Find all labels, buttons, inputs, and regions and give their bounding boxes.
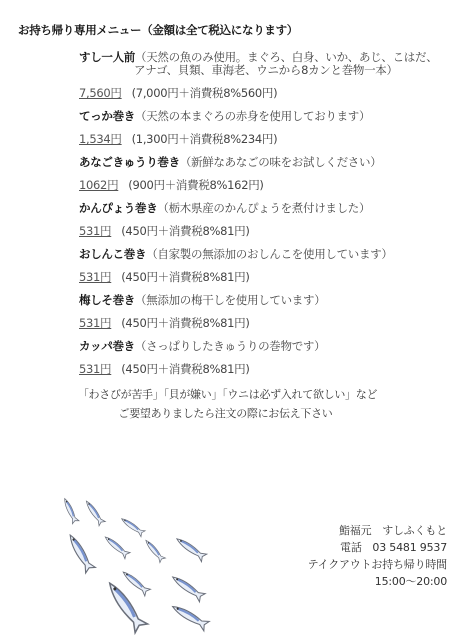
item-price: 1062円 — [79, 178, 118, 192]
menu-item: かんぴょう巻き（栃木県産のかんぴょうを煮付けました） 531円(450円＋消費税… — [79, 201, 459, 238]
item-price: 531円 — [79, 362, 111, 376]
shop-contact: 鮨福元 すしふくもと 電話 03 5481 9537 テイクアウトお持ち帰り時間… — [308, 522, 447, 590]
menu-item: 梅しそ巻き（無添加の梅干しを使用しています） 531円(450円＋消費税8%81… — [79, 293, 459, 330]
price-breakdown: (900円＋消費税8%162円) — [128, 178, 263, 192]
request-note: 「わさびが苦手」「貝が嫌い」「ウニは必ず入れて欲しい」など ご要望ありましたら注… — [0, 385, 461, 423]
page-title: お持ち帰り専用メニュー（金額は全て税込になります） — [18, 22, 298, 38]
item-description: （天然の魚のみ使用。まぐろ、白身、いか、あじ、こはだ、 — [135, 50, 437, 64]
item-name: すし一人前 — [79, 50, 135, 64]
fish-school-icon — [52, 490, 222, 640]
item-price: 531円 — [79, 270, 111, 284]
item-price: 531円 — [79, 316, 111, 330]
item-description-continued: アナゴ、貝類、車海老、ウニから8カンと巻物一本） — [79, 64, 459, 77]
takeout-hours-label: テイクアウトお持ち帰り時間 — [308, 556, 447, 573]
menu-list: すし一人前（天然の魚のみ使用。まぐろ、白身、いか、あじ、こはだ、 アナゴ、貝類、… — [79, 50, 459, 385]
price-breakdown: (450円＋消費税8%81円) — [121, 270, 249, 284]
takeout-hours: 15:00〜20:00 — [308, 573, 447, 590]
item-name: おしんこ巻き — [79, 247, 146, 261]
item-name: あなごきゅうり巻き — [79, 155, 180, 169]
price-breakdown: (7,000円＋消費税8%560円) — [132, 86, 278, 100]
price-breakdown: (450円＋消費税8%81円) — [121, 224, 249, 238]
item-name: てっか巻き — [79, 109, 135, 123]
item-price: 1,534円 — [79, 132, 122, 146]
item-description: （自家製の無添加のおしんこを使用しています） — [146, 247, 392, 261]
item-name: かんぴょう巻き — [79, 201, 157, 215]
shop-name: 鮨福元 すしふくもと — [308, 522, 447, 539]
menu-item: カッパ巻き（さっぱりしたきゅうりの巻物です） 531円(450円＋消費税8%81… — [79, 339, 459, 376]
item-name: 梅しそ巻き — [79, 293, 135, 307]
item-name: カッパ巻き — [79, 339, 135, 353]
note-line-2: ご要望ありましたら注文の際にお伝え下さい — [0, 404, 461, 423]
menu-item: てっか巻き（天然の本まぐろの赤身を使用しております） 1,534円(1,300円… — [79, 109, 459, 146]
price-breakdown: (450円＋消費税8%81円) — [121, 316, 249, 330]
item-price: 531円 — [79, 224, 111, 238]
item-description: （さっぱりしたきゅうりの巻物です） — [135, 339, 325, 353]
item-description: （栃木県産のかんぴょうを煮付けました） — [157, 201, 370, 215]
menu-item: おしんこ巻き（自家製の無添加のおしんこを使用しています） 531円(450円＋消… — [79, 247, 459, 284]
item-description: （天然の本まぐろの赤身を使用しております） — [135, 109, 370, 123]
price-breakdown: (1,300円＋消費税8%234円) — [132, 132, 278, 146]
note-line-1: 「わさびが苦手」「貝が嫌い」「ウニは必ず入れて欲しい」など — [0, 385, 461, 404]
item-description: （新鮮なあなごの味をお試しください） — [180, 155, 382, 169]
menu-item: すし一人前（天然の魚のみ使用。まぐろ、白身、いか、あじ、こはだ、 アナゴ、貝類、… — [79, 50, 459, 100]
phone-number: 電話 03 5481 9537 — [308, 539, 447, 556]
item-price: 7,560円 — [79, 86, 122, 100]
price-breakdown: (450円＋消費税8%81円) — [121, 362, 249, 376]
menu-item: あなごきゅうり巻き（新鮮なあなごの味をお試しください） 1062円(900円＋消… — [79, 155, 459, 192]
item-description: （無添加の梅干しを使用しています） — [135, 293, 325, 307]
